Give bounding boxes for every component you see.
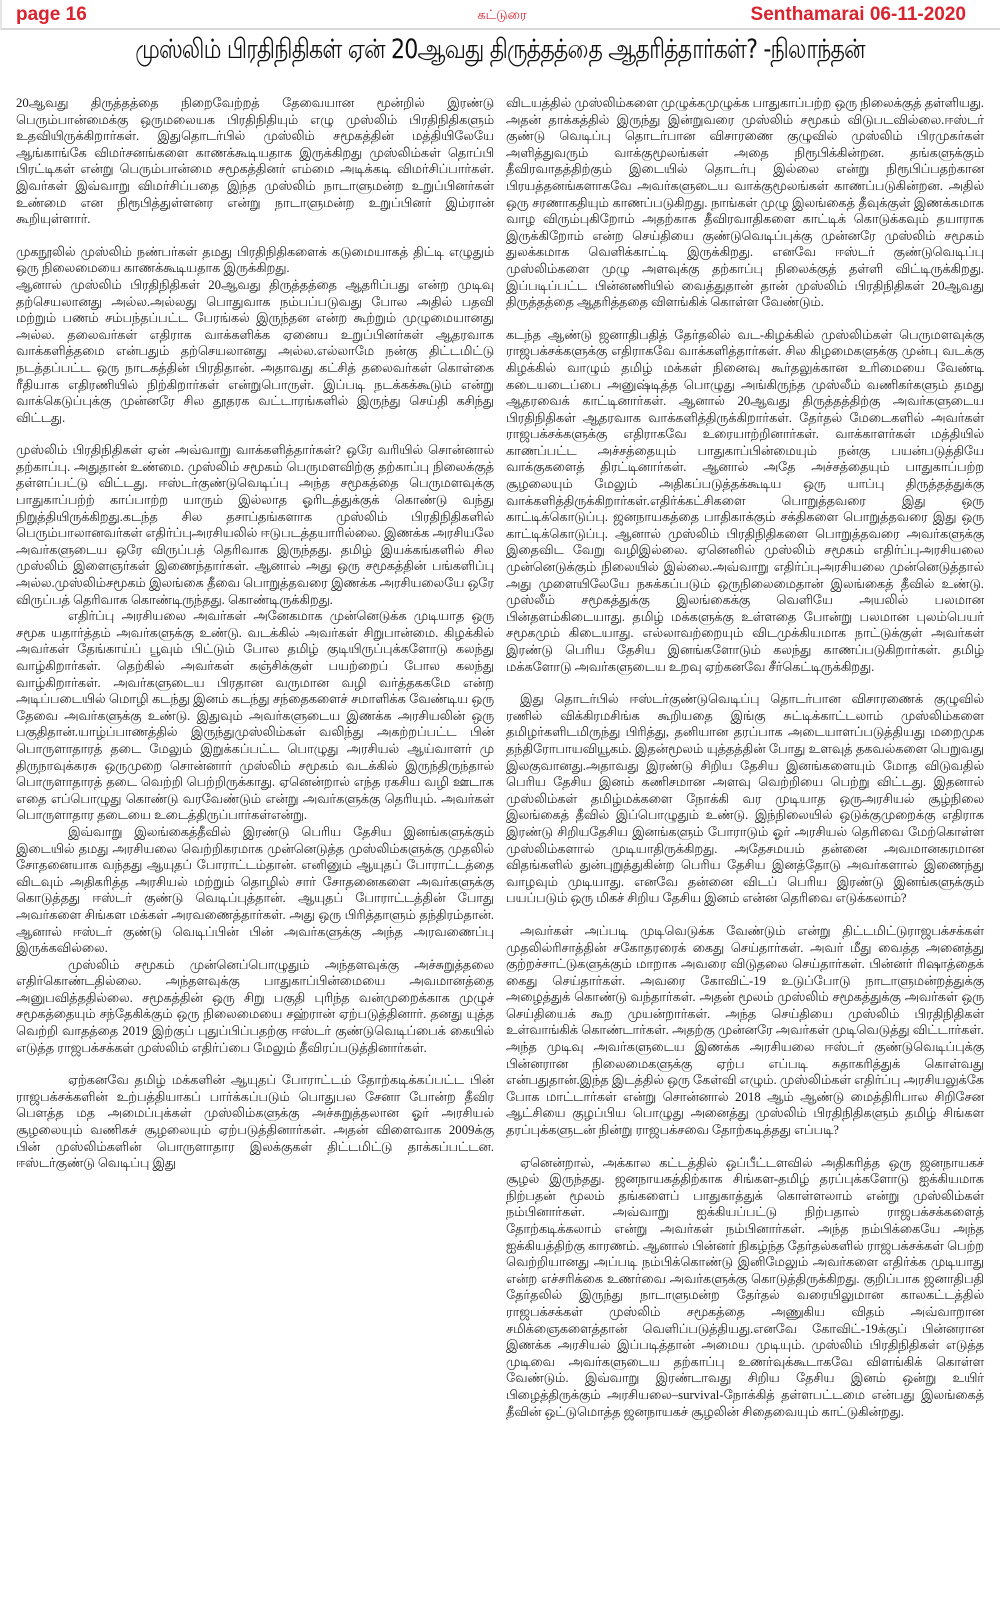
paragraph: முகநூலில் முஸ்லிம் நண்பர்கள் தமது பிரதிந… (16, 244, 494, 277)
masthead-date: Senthamarai 06-11-2020 (751, 4, 966, 26)
paragraph: கடந்த ஆண்டு ஜனாதிபதித் தேர்தலில் வட-கிழக… (506, 327, 984, 675)
paragraph: முஸ்லிம் சமூகம் முன்னெப்பொழுதும் அந்தளவு… (16, 957, 494, 1057)
paragraph: விடயத்தில் முஸ்லிம்களை முழுக்கமுழுக்க பா… (506, 95, 984, 311)
article-column-right: விடயத்தில் முஸ்லிம்களை முழுக்கமுழுக்க பா… (506, 95, 984, 1420)
paragraph: இது தொடர்பில் ஈஸ்டர்குண்டுவெடிப்பு தொடர்… (506, 691, 984, 907)
paragraph: முஸ்லிம் பிரதிநிதிகள் ஏன் அவ்வாறு வாக்கள… (16, 442, 494, 608)
paragraph: ஆனால் முஸ்லிம் பிரதிநிதிகள் 20ஆவது திருத… (16, 277, 494, 426)
paragraph: 20ஆவது திருத்தத்தை நிறைவேற்றத் தேவையான ம… (16, 95, 494, 228)
article-column-left: 20ஆவது திருத்தத்தை நிறைவேற்றத் தேவையான ம… (16, 95, 494, 1172)
paragraph: எதிர்ப்பு அரசியலை அவர்கள் அனேகமாக முன்னெ… (16, 608, 494, 824)
page-header-bar: page 16 கட்டுரை Senthamarai 06-11-2020 (0, 0, 1000, 30)
paragraph: அவர்கள் அப்படி முடிவெடுக்க வேண்டும் என்ற… (506, 923, 984, 1139)
paragraph: ஏற்கனவே தமிழ் மக்களின் ஆயுதப் போராட்டம் … (16, 1072, 494, 1172)
paragraph: இவ்வாறு இலங்கைத்தீவில் இரண்டு பெரிய தேசி… (16, 824, 494, 957)
paragraph: ஏனென்றால், அக்கால கட்டத்தில் ஒப்பீட்டளவி… (506, 1155, 984, 1421)
article-title: முஸ்லிம் பிரதிநிதிகள் ஏன் 20ஆவது திருத்த… (90, 34, 910, 69)
